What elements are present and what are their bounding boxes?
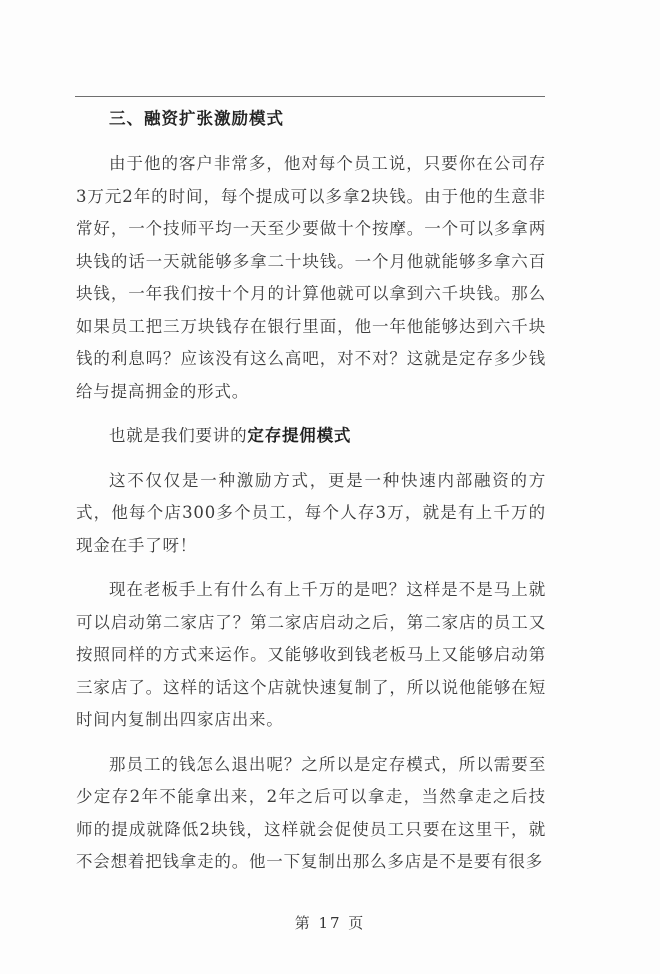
section-heading: 三、融资扩张激励模式: [109, 104, 546, 134]
paragraph-incentive-explanation: 由于他的客户非常多，他对每个员工说，只要你在公司存3万元2年的时间，每个提成可以…: [76, 148, 546, 408]
model-name-emphasis: 定存提佣模式: [247, 426, 351, 445]
paragraph-store-replication: 现在老板手上有什么有上千万的是吧？这样是不是马上就可以启动第二家店了？第二家店启…: [76, 574, 546, 737]
header-rule: [75, 96, 545, 97]
paragraph-model-intro: 也就是我们要讲的定存提佣模式: [76, 420, 546, 453]
page-number: 第 17 页: [0, 912, 660, 933]
document-page: 三、融资扩张激励模式 由于他的客户非常多，他对每个员工说，只要你在公司存3万元2…: [0, 0, 660, 974]
page-content: 三、融资扩张激励模式 由于他的客户非常多，他对每个员工说，只要你在公司存3万元2…: [76, 104, 546, 879]
model-intro-prefix: 也就是我们要讲的: [109, 426, 247, 445]
paragraph-exit-mechanism: 那员工的钱怎么退出呢？之所以是定存模式，所以需要至少定存2年不能拿出来，2年之后…: [76, 749, 546, 879]
paragraph-internal-financing: 这不仅仅是一种激励方式，更是一种快速内部融资的方式，他每个店300多个员工，每个…: [76, 465, 546, 563]
